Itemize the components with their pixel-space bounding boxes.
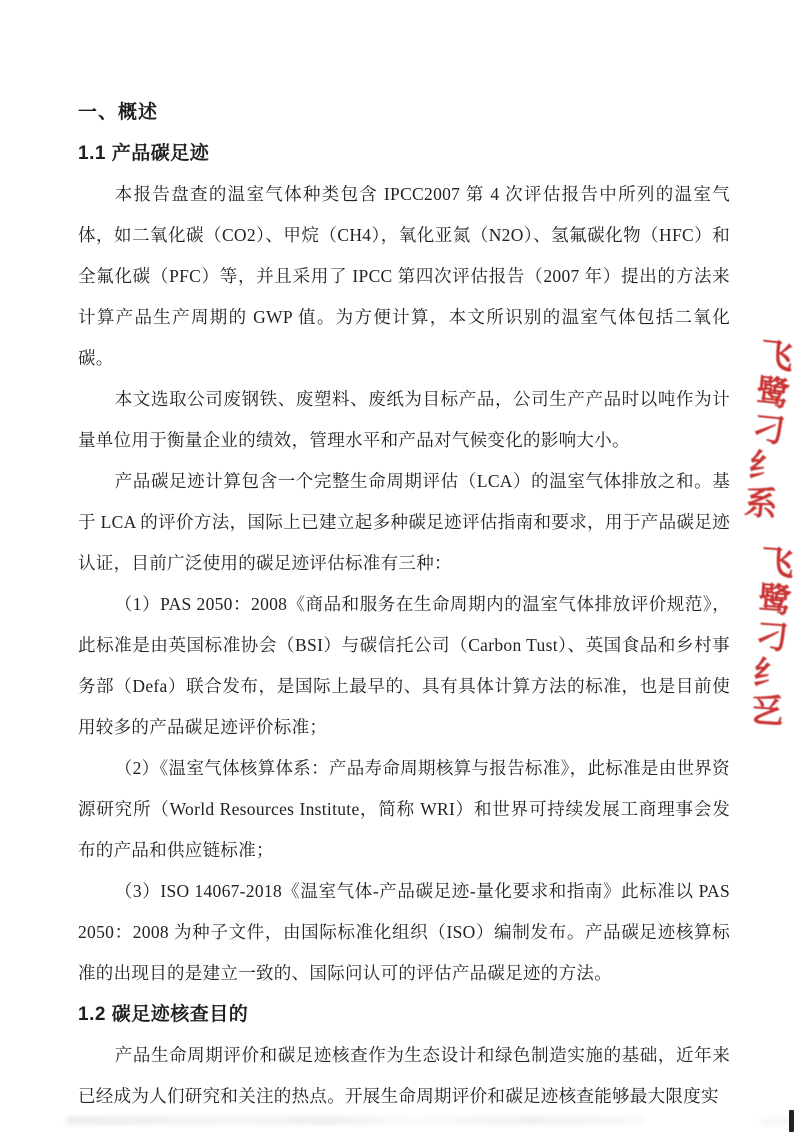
paragraph-verification-purpose: 产品生命周期评价和碳足迹核查作为生态设计和绿色制造实施的基础，近年来已经成为人们…: [78, 1035, 730, 1117]
paragraph-lca-standards-intro: 产品碳足迹计算包含一个完整生命周期评估（LCA）的温室气体排放之和。基于 LCA…: [78, 461, 730, 584]
paragraph-standard-ghg-protocol: （2）《温室气体核算体系：产品寿命周期核算与报告标准》，此标准是由世界资源研究所…: [78, 748, 730, 871]
paragraph-standard-pas2050: （1）PAS 2050：2008《商品和服务在生命周期内的温室气体排放评价规范》…: [78, 584, 730, 748]
subsection-heading-product-carbon-footprint: 1.1 产品碳足迹: [78, 133, 730, 174]
bleed-through-smudge: [66, 1116, 646, 1125]
section-heading-overview: 一、概述: [78, 92, 730, 133]
scan-artifact-tick: [789, 1110, 794, 1132]
document-body: 一、概述 1.1 产品碳足迹 本报告盘查的温室气体种类包含 IPCC2007 第…: [78, 92, 730, 1117]
subsection-heading-verification-purpose: 1.2 碳足迹核查目的: [78, 994, 730, 1035]
paragraph-greenhouse-gases: 本报告盘查的温室气体种类包含 IPCC2007 第 4 次评估报告中所列的温室气…: [78, 174, 730, 379]
paragraph-target-products: 本文选取公司废钢铁、废塑料、废纸为目标产品，公司生产产品时以吨作为计量单位用于衡…: [78, 379, 730, 461]
paragraph-standard-iso14067: （3）ISO 14067-2018《温室气体-产品碳足迹-量化要求和指南》此标准…: [78, 871, 730, 994]
red-seal-stamp-fragment-bottom: 飞鹭刁纟乥: [745, 544, 794, 736]
red-seal-stamp-fragment-top: 飞鹭刁纟系: [738, 336, 794, 534]
scanned-document-page: 一、概述 1.1 产品碳足迹 本报告盘查的温室气体种类包含 IPCC2007 第…: [0, 0, 800, 1132]
bleed-through-smudge-small: [760, 1118, 790, 1125]
